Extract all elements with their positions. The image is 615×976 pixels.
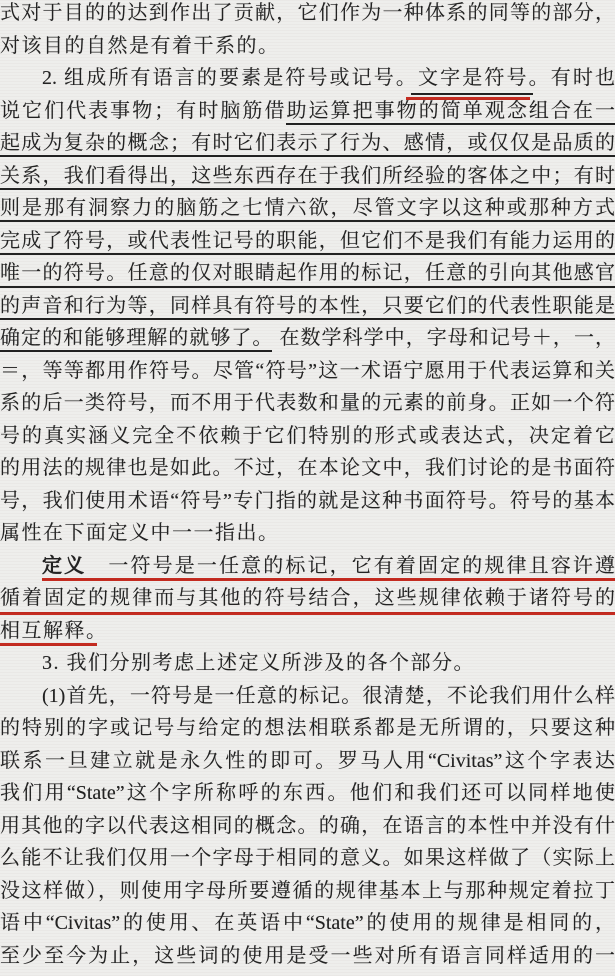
text-run: 完成了符号，或代表性记号的职能，但它们不是我们有能力运用的 xyxy=(0,230,615,252)
text-run: 起成为复杂的概念；有时它们表示了行为、感情，或仅仅是品质的 xyxy=(0,132,615,154)
text-line: 式对于目的的达到作出了贡献，它们作为一种体系的同等的部分， xyxy=(0,0,615,33)
text-run: 2. 组成所有语言的要素是符号或记号。文字是符号。有时也 xyxy=(42,67,615,89)
text-line: 用其他的字以代表这相同的概念。的确，在语言的本性中并没有什 xyxy=(0,813,615,846)
text-run: 相互解释。 xyxy=(0,620,108,642)
text-line: 2. 组成所有语言的要素是符号或记号。文字是符号。有时也 xyxy=(0,65,615,98)
text-line: 系的后一类符号，而不用于代表数和量的元素的前身。正如一个符 xyxy=(0,390,615,423)
text-run: 确定的和能够理解的就够了。 在数学科学中，字母和记号＋，一， xyxy=(0,327,615,349)
text-line: 的特别的字或记号与给定的想法相联系都是无所谓的，只要这种 xyxy=(0,715,615,748)
text-line: 么能不让我们仅用一个字母于相同的意义。如果这样做了（实际上 xyxy=(0,845,615,878)
text-run: 的用法的规律也是如此。不过，在本论文中，我们讨论的是书面符 xyxy=(0,457,615,479)
text-run: 一符号是一任意的标记，它有着固定的规律且容许遵 xyxy=(86,555,615,577)
text-run: 至少至今为止，这些词的使用是受一些对所有语言同样适用的一 xyxy=(0,945,615,967)
text-run: 则是那有洞察力的脑筋之七情六欲，尽管文字以这种或那种方式 xyxy=(0,197,615,219)
text-line: 确定的和能够理解的就够了。 在数学科学中，字母和记号＋，一， xyxy=(0,325,615,358)
text-line: 完成了符号，或代表性记号的职能，但它们不是我们有能力运用的 xyxy=(0,228,615,261)
text-column: 式对于目的的达到作出了贡献，它们作为一种体系的同等的部分，对该目的自然是有着干系… xyxy=(0,2,615,976)
text-line: (1)首先，一符号是一任意的标记。很清楚，不论我们用什么样 xyxy=(0,683,615,716)
text-line: 定义 一符号是一任意的标记，它有着固定的规律且容许遵 xyxy=(0,553,615,586)
text-run: 唯一的符号。任意的仅对眼睛起作用的标记，任意的引向其他感官 xyxy=(0,262,615,284)
text-run: 号的真实涵义完全不依赖于它们特别的形式或表达式，决定着它 xyxy=(0,425,615,447)
text-run: 式对于目的的达到作出了贡献，它们作为一种体系的同等的部分， xyxy=(0,2,615,24)
text-run: 号，我们使用术语“符号”专门指的就是这种书面符号。符号的基本 xyxy=(0,490,615,512)
text-line: 号，我们使用术语“符号”专门指的就是这种书面符号。符号的基本 xyxy=(0,488,615,521)
text-line: 唯一的符号。任意的仅对眼睛起作用的标记，任意的引向其他感官 xyxy=(0,260,615,293)
text-run: 联系一旦建立就是永久性的即可。罗马人用“Civitas”这个字表达 xyxy=(0,750,615,772)
text-run: ＝，等等都用作符号。尽管“符号”这一术语宁愿用于代表运算和关 xyxy=(0,360,615,382)
text-run: 的声音和行为等，同样具有符号的本性，只要它们的代表性职能是 xyxy=(0,295,615,317)
text-run: 说它们代表事物；有时脑筋借助运算把事物的简单观念组合在一 xyxy=(0,100,615,122)
text-line: 起成为复杂的概念；有时它们表示了行为、感情，或仅仅是品质的 xyxy=(0,130,615,163)
text-line: 则是那有洞察力的脑筋之七情六欲，尽管文字以这种或那种方式 xyxy=(0,195,615,228)
text-line: 属性在下面定义中一一指出。 xyxy=(0,520,615,553)
text-run: 属性在下面定义中一一指出。 xyxy=(0,522,280,544)
text-line: 联系一旦建立就是永久性的即可。罗马人用“Civitas”这个字表达 xyxy=(0,748,615,781)
text-line: 的声音和行为等，同样具有符号的本性，只要它们的代表性职能是 xyxy=(0,293,615,326)
text-run: 我们用“State”这个字所称呼的东西。他们和我们还可以同样地使 xyxy=(0,782,615,804)
text-line: 至少至今为止，这些词的使用是受一些对所有语言同样适用的一 xyxy=(0,943,615,976)
text-line: 没这样做），则使用字母所要遵循的规律基本上与那种规定着拉丁 xyxy=(0,878,615,911)
text-run: 对该目的自然是有着干系的。 xyxy=(0,35,280,57)
text-run: (1)首先，一符号是一任意的标记。很清楚，不论我们用什么样 xyxy=(42,685,615,707)
text-line: 对该目的自然是有着干系的。 xyxy=(0,33,615,66)
text-line: 关系，我们看得出，这些东西存在于我们所经验的客体之中；有时 xyxy=(0,163,615,196)
text-run: 语中“Civitas”的使用、在英语中“State”的使用的规律是相同的， xyxy=(0,912,615,934)
text-run: 3. 我们分别考虑上述定义所涉及的各个部分。 xyxy=(42,652,475,674)
text-run: 循着固定的规律而与其他的符号结合，这些规律依赖于诸符号的 xyxy=(0,587,615,609)
text-line: 我们用“State”这个字所称呼的东西。他们和我们还可以同样地使 xyxy=(0,780,615,813)
definition-term: 定义 xyxy=(42,555,86,577)
text-run: 系的后一类符号，而不用于代表数和量的元素的前身。正如一个符 xyxy=(0,392,615,414)
text-line: 循着固定的规律而与其他的符号结合，这些规律依赖于诸符号的 xyxy=(0,585,615,618)
text-run: 没这样做），则使用字母所要遵循的规律基本上与那种规定着拉丁 xyxy=(0,880,615,902)
text-run: 的特别的字或记号与给定的想法相联系都是无所谓的，只要这种 xyxy=(0,717,615,739)
text-line: 号的真实涵义完全不依赖于它们特别的形式或表达式，决定着它 xyxy=(0,423,615,456)
text-line: 说它们代表事物；有时脑筋借助运算把事物的简单观念组合在一 xyxy=(0,98,615,131)
text-line: 的用法的规律也是如此。不过，在本论文中，我们讨论的是书面符 xyxy=(0,455,615,488)
text-run: 用其他的字以代表这相同的概念。的确，在语言的本性中并没有什 xyxy=(0,815,615,837)
text-run: 关系，我们看得出，这些东西存在于我们所经验的客体之中；有时 xyxy=(0,165,615,187)
text-line: ＝，等等都用作符号。尽管“符号”这一术语宁愿用于代表运算和关 xyxy=(0,358,615,391)
text-line: 语中“Civitas”的使用、在英语中“State”的使用的规律是相同的， xyxy=(0,910,615,943)
text-line: 3. 我们分别考虑上述定义所涉及的各个部分。 xyxy=(0,650,615,683)
text-line: 相互解释。 xyxy=(0,618,615,651)
text-run: 么能不让我们仅用一个字母于相同的意义。如果这样做了（实际上 xyxy=(0,847,615,869)
scanned-book-page: 式对于目的的达到作出了贡献，它们作为一种体系的同等的部分，对该目的自然是有着干系… xyxy=(0,0,615,976)
